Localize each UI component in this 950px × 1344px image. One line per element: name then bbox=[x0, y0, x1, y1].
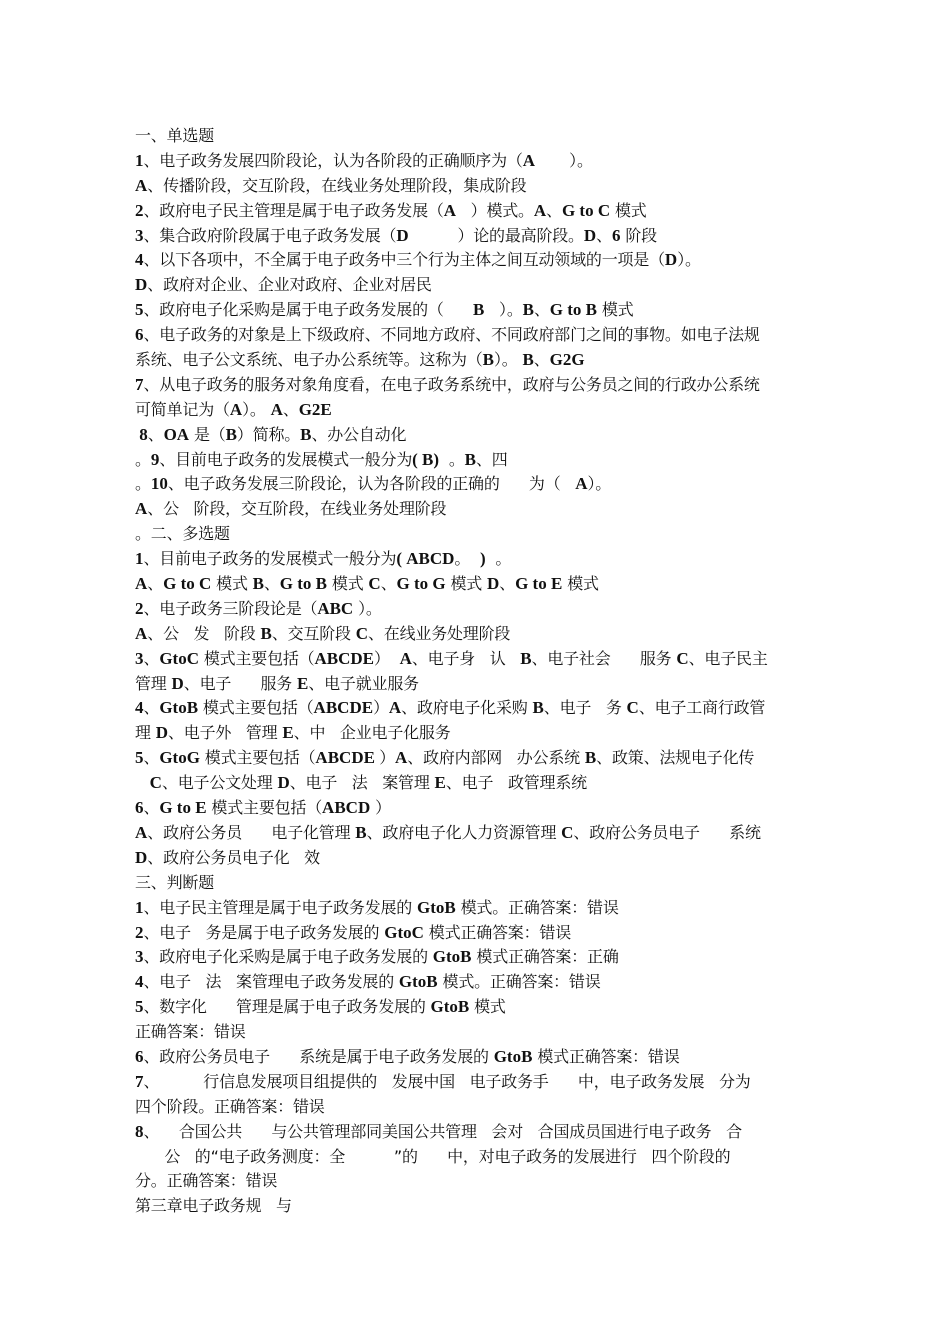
text-segment: 模式 bbox=[446, 574, 487, 593]
text-segment: 、政府公务员电子 系统 bbox=[573, 823, 760, 842]
text-segment: 、在线业务处理阶段 bbox=[368, 624, 510, 643]
text-segment: ） bbox=[379, 748, 395, 767]
text-segment: 、电子民主管理是属于电子政务发展的 bbox=[144, 898, 418, 917]
text-segment: 模式 bbox=[610, 201, 647, 220]
text-segment: 。 bbox=[135, 450, 151, 469]
bold-text-segment: 3 bbox=[135, 226, 144, 245]
bold-text-segment: A bbox=[389, 698, 401, 717]
question-line: 可简单记为（A）。 A、G2E bbox=[135, 398, 800, 423]
text-segment: ） bbox=[373, 698, 389, 717]
text-segment: 、政府公务员电子 系统是属于电子政务发展的 bbox=[144, 1047, 494, 1066]
bold-text-segment: G to E bbox=[159, 798, 206, 817]
bold-text-segment: ABCDE bbox=[314, 649, 374, 668]
text-segment: 、公 发 阶段 bbox=[147, 624, 260, 643]
bold-text-segment: A bbox=[271, 400, 283, 419]
question-line: 5、GtoG 模式主要包括（ABCDE ）A、政府内部网 办公系统 B、政策、法… bbox=[135, 746, 800, 771]
bold-text-segment: 5 bbox=[135, 997, 144, 1016]
question-line: 理 D、电子外 管理 E、中 企业电子化服务 bbox=[135, 721, 800, 746]
bold-text-segment: A bbox=[230, 400, 242, 419]
question-line: 4、GtoB 模式主要包括（ABCDE）A、政府电子化采购 B、电子 务 C、电… bbox=[135, 696, 800, 721]
bold-text-segment: D bbox=[156, 723, 168, 742]
bold-text-segment: C bbox=[561, 823, 573, 842]
text-segment: 模式 bbox=[597, 300, 634, 319]
text-segment: 、中 企业电子化服务 bbox=[294, 723, 451, 742]
text-segment: 。 bbox=[439, 450, 465, 469]
section-heading: 。二、多选题 bbox=[135, 522, 800, 547]
section-heading: 一、单选题 bbox=[135, 124, 800, 149]
text-segment: 。 bbox=[454, 549, 480, 568]
bold-text-segment: 2 bbox=[135, 923, 144, 942]
text-segment: 。 bbox=[135, 474, 151, 493]
text-segment: 。二、多选题 bbox=[135, 524, 230, 543]
text-segment: ）。 bbox=[484, 300, 522, 319]
text-segment: 模式 bbox=[562, 574, 599, 593]
text-segment: 、政府电子化人力资源管理 bbox=[367, 823, 562, 842]
chapter-heading: 第三章电子政务规 与 bbox=[135, 1194, 800, 1219]
text-segment: 三、判断题 bbox=[135, 873, 214, 892]
text-segment: 模式正确答案：正确 bbox=[472, 947, 619, 966]
text-segment: 、电子政务三阶段论是（ bbox=[144, 599, 318, 618]
bold-text-segment: GtoB bbox=[159, 698, 198, 717]
bold-text-segment: C bbox=[676, 649, 688, 668]
text-segment: 、 bbox=[283, 400, 299, 419]
bold-text-segment: 4 bbox=[135, 698, 144, 717]
bold-text-segment: GtoB bbox=[433, 947, 472, 966]
text-segment: 模式 bbox=[211, 574, 252, 593]
bold-text-segment: E bbox=[297, 674, 308, 693]
bold-text-segment: A bbox=[523, 151, 535, 170]
bold-text-segment: 7 bbox=[135, 1072, 144, 1091]
bold-text-segment: G to E bbox=[515, 574, 562, 593]
text-segment: 系统、电子公文系统、电子办公系统等。这称为（ bbox=[135, 350, 483, 369]
question-line: 2、电子政务三阶段论是（ABC ）。 bbox=[135, 597, 800, 622]
bold-text-segment: E bbox=[435, 773, 446, 792]
bold-text-segment: 8 bbox=[135, 1122, 144, 1141]
bold-text-segment: A bbox=[444, 201, 456, 220]
bold-text-segment: G to B bbox=[280, 574, 327, 593]
text-segment: 、电子外 管理 bbox=[168, 723, 282, 742]
text-segment: 、电子公文处理 bbox=[162, 773, 278, 792]
text-segment: 、电子 务是属于电子政务发展的 bbox=[144, 923, 385, 942]
text-segment: 、政府电子化采购是属于电子政务发展的 bbox=[144, 947, 433, 966]
text-segment: 、电子政务发展三阶段论，认为各阶段的正确的 为（ bbox=[168, 474, 575, 493]
bold-text-segment: B bbox=[532, 698, 543, 717]
answer-line: D、政府对企业、企业对政府、企业对居民 bbox=[135, 273, 800, 298]
text-segment: 、电子 服务 bbox=[184, 674, 297, 693]
text-segment: 、政府对企业、企业对政府、企业对居民 bbox=[147, 275, 431, 294]
bold-text-segment: GtoG bbox=[159, 748, 200, 767]
text-segment: 。 bbox=[486, 549, 512, 568]
text-segment: 阶段 bbox=[620, 226, 657, 245]
text-segment: 模式正确答案：错误 bbox=[532, 1047, 679, 1066]
text-segment: 、从电子政务的服务对象角度看，在电子政务系统中，政府与公务员之间的行政办公系统 bbox=[144, 375, 760, 394]
bold-text-segment: B bbox=[300, 425, 311, 444]
text-segment: 、数字化 管理是属于电子政务发展的 bbox=[144, 997, 431, 1016]
bold-text-segment: D bbox=[396, 226, 408, 245]
text-segment: 第三章电子政务规 与 bbox=[135, 1196, 292, 1215]
bold-text-segment: OA bbox=[164, 425, 190, 444]
bold-text-segment: GtoB bbox=[399, 972, 438, 991]
question-line: 6、政府公务员电子 系统是属于电子政务发展的 GtoB 模式正确答案：错误 bbox=[135, 1045, 800, 1070]
text-segment: 、电子 务 bbox=[544, 698, 627, 717]
text-segment bbox=[135, 773, 150, 792]
bold-text-segment: B bbox=[483, 350, 494, 369]
question-line: 公 的“电子政务测度：全 ”的 中，对电子政务的发展进行 四个阶段的 bbox=[135, 1145, 800, 1170]
bold-text-segment: 6 bbox=[135, 1047, 144, 1066]
bold-text-segment: B bbox=[260, 624, 271, 643]
text-segment: 、政府内部网 办公系统 bbox=[407, 748, 585, 767]
bold-text-segment: B bbox=[523, 300, 534, 319]
question-line: 2、政府电子民主管理是属于电子政务发展（A ）模式。A、G to C 模式 bbox=[135, 199, 800, 224]
text-segment: ）。 bbox=[353, 599, 382, 618]
text-segment: 、 bbox=[148, 425, 164, 444]
text-segment: 理 bbox=[135, 723, 156, 742]
answer-line: D、政府公务员电子化 效 bbox=[135, 846, 800, 871]
text-segment: 、政策、法规电子化传 bbox=[596, 748, 754, 767]
text-segment: 、 bbox=[534, 350, 550, 369]
answer-line: A、政府公务员 电子化管理 B、政府电子化人力资源管理 C、政府公务员电子 系统 bbox=[135, 821, 800, 846]
text-segment: 、 bbox=[144, 698, 160, 717]
text-segment: 模式。正确答案：错误 bbox=[456, 898, 619, 917]
answer-line: A、传播阶段，交互阶段，在线业务处理阶段，集成阶段 bbox=[135, 174, 800, 199]
question-line: 8、OA 是（B）简称。B、办公自动化 bbox=[135, 423, 800, 448]
text-segment: ）。 bbox=[494, 350, 523, 369]
text-segment: 、电子民主 bbox=[689, 649, 768, 668]
bold-text-segment: A bbox=[575, 474, 587, 493]
text-segment: 、电子工商行政管 bbox=[639, 698, 765, 717]
text-segment: 、目前电子政务的发展模式一般分为 bbox=[144, 549, 397, 568]
document-body: 一、单选题1、电子政务发展四阶段论，认为各阶段的正确顺序为（A ）。A、传播阶段… bbox=[135, 124, 800, 1219]
bold-text-segment: A bbox=[400, 649, 412, 668]
text-segment: 、电子 法 案管理 bbox=[290, 773, 435, 792]
text-segment: 、电子 政管理系统 bbox=[446, 773, 587, 792]
section-heading: 三、判断题 bbox=[135, 871, 800, 896]
bold-text-segment: A bbox=[135, 499, 147, 518]
question-line: 2、电子 务是属于电子政务发展的 GtoC 模式正确答案：错误 bbox=[135, 921, 800, 946]
bold-text-segment: G to C bbox=[163, 574, 211, 593]
bold-text-segment: D bbox=[665, 250, 677, 269]
bold-text-segment: B bbox=[253, 574, 264, 593]
bold-text-segment: G2G bbox=[550, 350, 585, 369]
answer-line: A、公 发 阶段 B、交互阶段 C、在线业务处理阶段 bbox=[135, 622, 800, 647]
text-segment: 、 bbox=[381, 574, 397, 593]
text-segment: 、 bbox=[534, 300, 550, 319]
text-segment: 、政府公务员电子化 效 bbox=[147, 848, 320, 867]
bold-text-segment: G to B bbox=[550, 300, 597, 319]
bold-text-segment: 6 bbox=[135, 325, 144, 344]
bold-text-segment: GtoC bbox=[159, 649, 199, 668]
bold-text-segment: 10 bbox=[151, 474, 168, 493]
text-segment: ）。 bbox=[242, 400, 271, 419]
bold-text-segment: C bbox=[627, 698, 639, 717]
bold-text-segment: B bbox=[520, 649, 531, 668]
text-segment: 、 bbox=[144, 798, 160, 817]
question-line: 3、GtoC 模式主要包括（ABCDE） A、电子身 认 B、电子社会 服务 C… bbox=[135, 647, 800, 672]
question-line: 5、政府电子化采购是属于电子政务发展的（ B ）。B、G to B 模式 bbox=[135, 298, 800, 323]
text-segment: 公 的“电子政务测度：全 ”的 中，对电子政务的发展进行 四个阶段的 bbox=[135, 1147, 730, 1166]
bold-text-segment: 4 bbox=[135, 250, 144, 269]
bold-text-segment: D bbox=[584, 226, 596, 245]
bold-text-segment: ABC bbox=[317, 599, 353, 618]
text-segment: ）简称。 bbox=[237, 425, 300, 444]
question-line: 7、从电子政务的服务对象角度看，在电子政务系统中，政府与公务员之间的行政办公系统 bbox=[135, 373, 800, 398]
answer-line: A、G to C 模式 B、G to B 模式 C、G to G 模式 D、G … bbox=[135, 572, 800, 597]
text-segment: 、 行信息发展项目组提供的 发展中国 电子政务手 中，电子政务发展 分为 bbox=[144, 1072, 751, 1091]
text-segment: 管理 bbox=[135, 674, 172, 693]
text-segment: 、 bbox=[546, 201, 562, 220]
question-line: C、电子公文处理 D、电子 法 案管理 E、电子 政管理系统 bbox=[135, 771, 800, 796]
text-segment: 、 bbox=[147, 574, 163, 593]
text-segment: 、传播阶段，交互阶段，在线业务处理阶段，集成阶段 bbox=[147, 176, 526, 195]
text-segment: ） bbox=[374, 649, 400, 668]
text-segment: 、办公自动化 bbox=[311, 425, 406, 444]
bold-text-segment: ABCD bbox=[322, 798, 370, 817]
question-line: 4、以下各项中，不全属于电子政务中三个行为主体之间互动领域的一项是（D）。 bbox=[135, 248, 800, 273]
text-segment: 、政府公务员 电子化管理 bbox=[147, 823, 355, 842]
text-segment: 可简单记为（ bbox=[135, 400, 230, 419]
text-segment: 一、单选题 bbox=[135, 126, 214, 145]
text-segment: 、电子政务发展四阶段论，认为各阶段的正确顺序为（ bbox=[144, 151, 523, 170]
text-segment: 模式。正确答案：错误 bbox=[438, 972, 601, 991]
question-line: 3、政府电子化采购是属于电子政务发展的 GtoB 模式正确答案：正确 bbox=[135, 945, 800, 970]
bold-text-segment: C bbox=[368, 574, 380, 593]
text-segment: 、 bbox=[596, 226, 612, 245]
bold-text-segment: 1 bbox=[135, 549, 144, 568]
text-segment: 、 bbox=[264, 574, 280, 593]
bold-text-segment: 8 bbox=[135, 425, 148, 444]
bold-text-segment: 1 bbox=[135, 898, 144, 917]
question-line: 6、电子政务的对象是上下级政府、不同地方政府、不同政府部门之间的事物。如电子法规 bbox=[135, 323, 800, 348]
question-line: 8、 合国公共 与公共管理部同美国公共管理 会对 合国成员国进行电子政务 合 bbox=[135, 1120, 800, 1145]
bold-text-segment: GtoB bbox=[417, 898, 456, 917]
text-segment: ）。 bbox=[535, 151, 593, 170]
text-segment: 、政府电子民主管理是属于电子政务发展（ bbox=[144, 201, 444, 220]
bold-text-segment: 7 bbox=[135, 375, 144, 394]
text-segment: 、以下各项中，不全属于电子政务中三个行为主体之间互动领域的一项是（ bbox=[144, 250, 665, 269]
bold-text-segment: D bbox=[135, 848, 147, 867]
bold-text-segment: B bbox=[465, 450, 476, 469]
bold-text-segment: GtoB bbox=[431, 997, 470, 1016]
text-segment: 、四 bbox=[476, 450, 508, 469]
bold-text-segment: B bbox=[226, 425, 237, 444]
bold-text-segment: D bbox=[172, 674, 184, 693]
text-segment: 、交互阶段 bbox=[272, 624, 356, 643]
question-line: 分。正确答案：错误 bbox=[135, 1169, 800, 1194]
text-segment: 、电子就业服务 bbox=[308, 674, 419, 693]
text-segment: 、政府电子化采购 bbox=[401, 698, 532, 717]
bold-text-segment: D bbox=[277, 773, 289, 792]
text-segment: ） bbox=[370, 798, 391, 817]
bold-text-segment: E bbox=[282, 723, 293, 742]
bold-text-segment: 4 bbox=[135, 972, 144, 991]
text-segment: 、电子身 认 bbox=[412, 649, 520, 668]
answer-line: A、公 阶段，交互阶段，在线业务处理阶段 bbox=[135, 497, 800, 522]
text-segment: 模式正确答案：错误 bbox=[424, 923, 571, 942]
bold-text-segment: ABCDE bbox=[314, 698, 374, 717]
text-segment: 、目前电子政务的发展模式一般分为 bbox=[159, 450, 412, 469]
text-segment: 、政府电子化采购是属于电子政务发展的（ bbox=[144, 300, 474, 319]
text-segment: 、电子社会 服务 bbox=[532, 649, 677, 668]
question-line: 。10、电子政务发展三阶段论，认为各阶段的正确的 为（ A）。 bbox=[135, 472, 800, 497]
text-segment: 模式主要包括（ bbox=[198, 698, 314, 717]
bold-text-segment: ( ABCD bbox=[396, 549, 454, 568]
bold-text-segment: B bbox=[355, 823, 366, 842]
bold-text-segment: C bbox=[150, 773, 162, 792]
question-line: 1、电子政务发展四阶段论，认为各阶段的正确顺序为（A ）。 bbox=[135, 149, 800, 174]
question-line: 5、数字化 管理是属于电子政务发展的 GtoB 模式 bbox=[135, 995, 800, 1020]
text-segment: 模式主要包括（ bbox=[207, 798, 323, 817]
bold-text-segment: A bbox=[395, 748, 407, 767]
bold-text-segment: 3 bbox=[135, 649, 144, 668]
text-segment: ）论的最高阶段。 bbox=[409, 226, 584, 245]
bold-text-segment: A bbox=[534, 201, 546, 220]
text-segment: ）。 bbox=[587, 474, 611, 493]
text-segment: 、 bbox=[144, 748, 160, 767]
text-segment: 模式 bbox=[469, 997, 506, 1016]
text-segment: 、电子 法 案管理电子政务发展的 bbox=[144, 972, 399, 991]
question-line: 。9、目前电子政务的发展模式一般分为( B) 。B、四 bbox=[135, 448, 800, 473]
bold-text-segment: D bbox=[487, 574, 499, 593]
bold-text-segment: B bbox=[522, 350, 533, 369]
question-line: 6、G to E 模式主要包括（ABCD ） bbox=[135, 796, 800, 821]
bold-text-segment: C bbox=[356, 624, 368, 643]
text-segment: 模式主要包括（ bbox=[199, 649, 315, 668]
bold-text-segment: B bbox=[585, 748, 596, 767]
question-line: 1、电子民主管理是属于电子政务发展的 GtoB 模式。正确答案：错误 bbox=[135, 896, 800, 921]
bold-text-segment: 5 bbox=[135, 748, 144, 767]
question-line: 1、目前电子政务的发展模式一般分为( ABCD。 ) 。 bbox=[135, 547, 800, 572]
text-segment: 是（ bbox=[189, 425, 226, 444]
text-segment: 四个阶段。正确答案：错误 bbox=[135, 1097, 325, 1116]
bold-text-segment: 3 bbox=[135, 947, 144, 966]
bold-text-segment: A bbox=[135, 823, 147, 842]
bold-text-segment: B bbox=[473, 300, 484, 319]
bold-text-segment: A bbox=[135, 176, 147, 195]
bold-text-segment: GtoC bbox=[384, 923, 424, 942]
document-page: 一、单选题1、电子政务发展四阶段论，认为各阶段的正确顺序为（A ）。A、传播阶段… bbox=[0, 0, 950, 1344]
bold-text-segment: ( B) bbox=[412, 450, 439, 469]
text-segment: 模式 bbox=[327, 574, 368, 593]
bold-text-segment: 6 bbox=[135, 798, 144, 817]
text-segment: 正确答案：错误 bbox=[135, 1022, 246, 1041]
bold-text-segment: A bbox=[135, 574, 147, 593]
text-segment: 、 bbox=[499, 574, 515, 593]
question-line: 4、电子 法 案管理电子政务发展的 GtoB 模式。正确答案：错误 bbox=[135, 970, 800, 995]
bold-text-segment: A bbox=[135, 624, 147, 643]
question-line: 7、 行信息发展项目组提供的 发展中国 电子政务手 中，电子政务发展 分为 bbox=[135, 1070, 800, 1095]
text-segment: 、公 阶段，交互阶段，在线业务处理阶段 bbox=[147, 499, 446, 518]
bold-text-segment: ABCDE bbox=[315, 748, 379, 767]
question-line: 四个阶段。正确答案：错误 bbox=[135, 1095, 800, 1120]
text-segment: 、 bbox=[144, 649, 160, 668]
bold-text-segment: GtoB bbox=[494, 1047, 533, 1066]
text-segment: 、集合政府阶段属于电子政务发展（ bbox=[144, 226, 397, 245]
text-segment: 、 合国公共 与公共管理部同美国公共管理 会对 合国成员国进行电子政务 合 bbox=[144, 1122, 742, 1141]
text-segment: ）模式。 bbox=[456, 201, 534, 220]
text-segment: 模式主要包括（ bbox=[200, 748, 316, 767]
text-segment: 、电子政务的对象是上下级政府、不同地方政府、不同政府部门之间的事物。如电子法规 bbox=[144, 325, 760, 344]
answer-line: 正确答案：错误 bbox=[135, 1020, 800, 1045]
question-line: 系统、电子公文系统、电子办公系统等。这称为（B）。 B、G2G bbox=[135, 348, 800, 373]
bold-text-segment: G to G bbox=[397, 574, 446, 593]
bold-text-segment: G to C bbox=[562, 201, 610, 220]
bold-text-segment: D bbox=[135, 275, 147, 294]
question-line: 3、集合政府阶段属于电子政务发展（D ）论的最高阶段。D、6 阶段 bbox=[135, 224, 800, 249]
bold-text-segment: 1 bbox=[135, 151, 144, 170]
text-segment: ）。 bbox=[677, 250, 701, 269]
bold-text-segment: 2 bbox=[135, 599, 144, 618]
bold-text-segment: G2E bbox=[299, 400, 332, 419]
bold-text-segment: 5 bbox=[135, 300, 144, 319]
text-segment: 分。正确答案：错误 bbox=[135, 1171, 277, 1190]
bold-text-segment: 2 bbox=[135, 201, 144, 220]
question-line: 管理 D、电子 服务 E、电子就业服务 bbox=[135, 672, 800, 697]
